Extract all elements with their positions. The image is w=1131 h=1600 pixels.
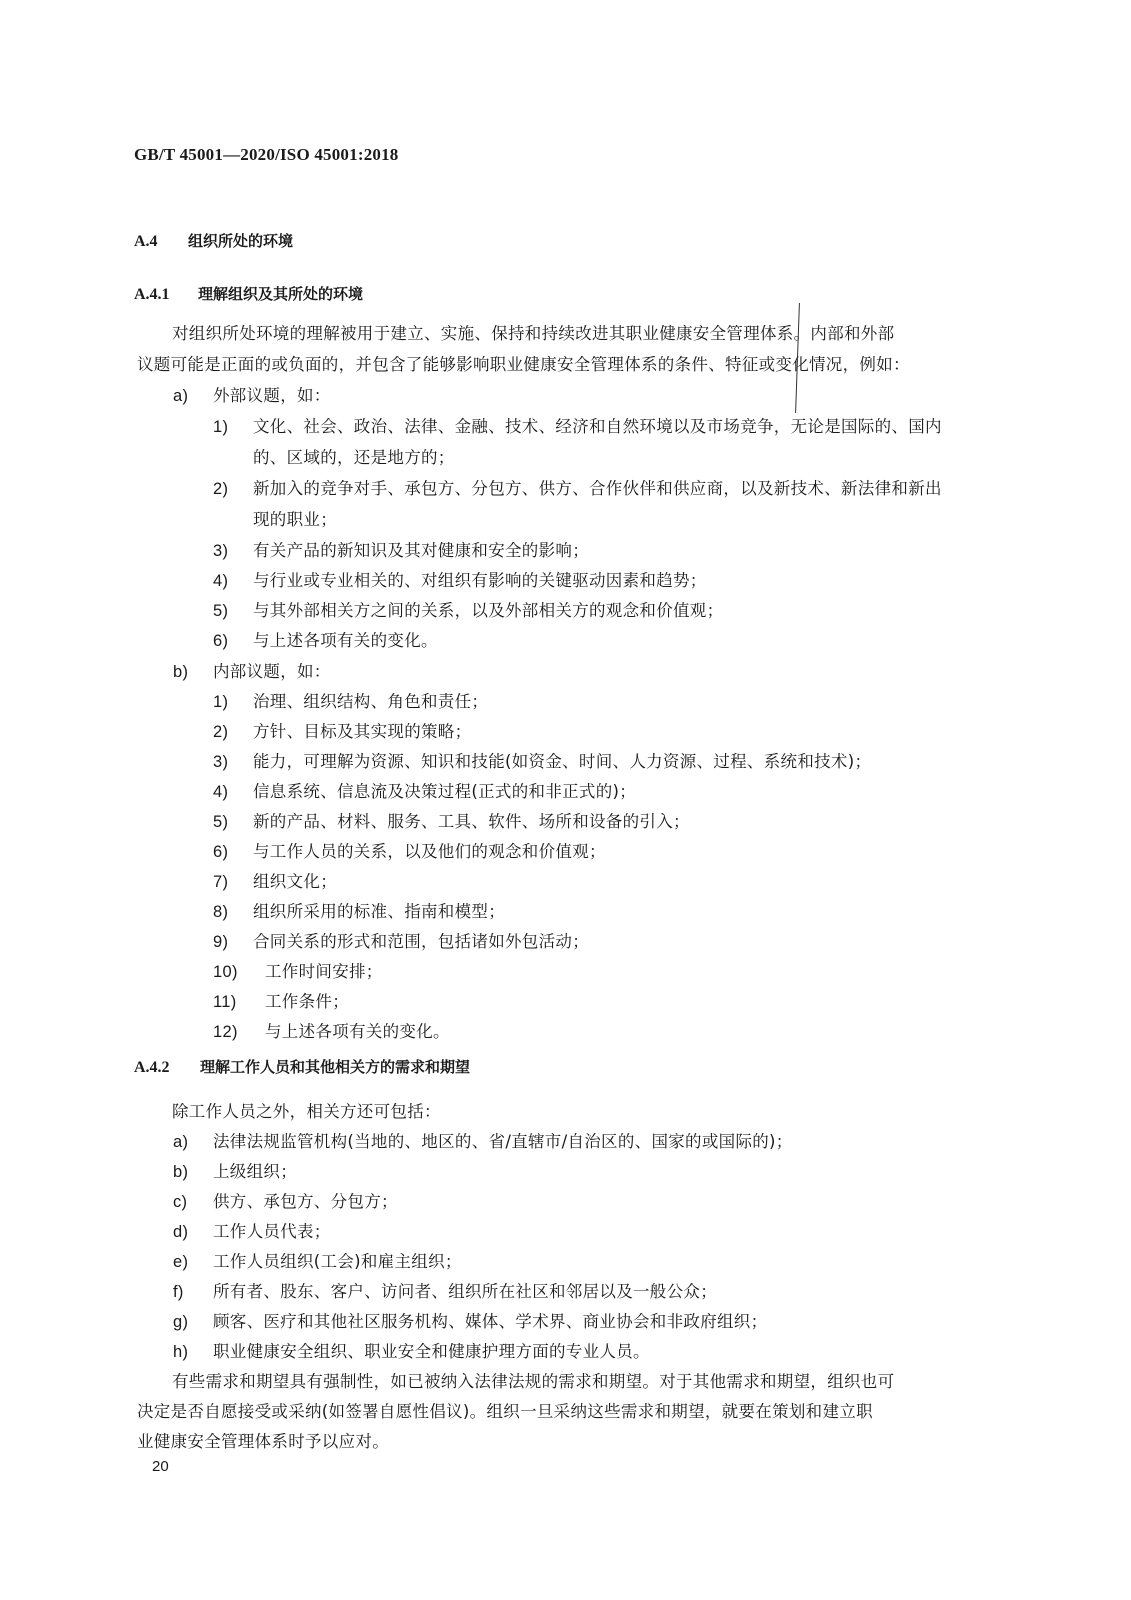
list-item: b)上级组织； xyxy=(173,1158,297,1182)
list-item: 3)有关产品的新知识及其对健康和安全的影响； xyxy=(213,537,589,561)
list-text: 合同关系的形式和范围，包括诸如外包活动； xyxy=(253,932,589,951)
list-marker: 3) xyxy=(213,753,253,772)
section-number: A.4.1 xyxy=(134,286,198,304)
list-item: h)职业健康安全组织、职业安全和健康护理方面的专业人员。 xyxy=(173,1338,650,1362)
list-marker: g) xyxy=(173,1313,213,1332)
list-text: 职业健康安全组织、职业安全和健康护理方面的专业人员。 xyxy=(213,1342,650,1361)
list-marker: 12) xyxy=(213,1023,265,1042)
list-text: 与行业或专业相关的、对组织有影响的关键驱动因素和趋势； xyxy=(253,571,707,590)
list-text: 工作人员代表； xyxy=(213,1222,331,1241)
list-text: 工作人员组织(工会)和雇主组织； xyxy=(213,1252,462,1271)
paragraph-line: 业健康安全管理体系时予以应对。 xyxy=(137,1428,389,1452)
list-item: 2)方针、目标及其实现的策略； xyxy=(213,718,471,742)
list-text: 与上述各项有关的变化。 xyxy=(265,1022,450,1041)
list-marker: 2) xyxy=(213,723,253,742)
list-marker: f) xyxy=(173,1283,213,1302)
paragraph-line: 有些需求和期望具有强制性，如已被纳入法律法规的需求和期望。对于其他需求和期望，组… xyxy=(172,1368,894,1392)
list-text: 有关产品的新知识及其对健康和安全的影响； xyxy=(253,541,589,560)
list-item: 2)新加入的竞争对手、承包方、分包方、供方、合作伙伴和供应商，以及新技术、新法律… xyxy=(213,475,942,499)
section-heading-a41: A.4.1理解组织及其所处的环境 xyxy=(134,283,363,304)
list-text: 顾客、医疗和其他社区服务机构、媒体、学术界、商业协会和非政府组织； xyxy=(213,1312,767,1331)
list-marker: a) xyxy=(173,387,213,406)
list-item-external: a)外部议题，如： xyxy=(173,382,331,406)
list-marker: 1) xyxy=(213,693,253,712)
list-item: 1)文化、社会、政治、法律、金融、技术、经济和自然环境以及市场竞争，无论是国际的… xyxy=(213,413,942,437)
list-text: 供方、承包方、分包方； xyxy=(213,1192,398,1211)
list-marker: b) xyxy=(173,663,213,682)
list-text: 上级组织； xyxy=(213,1162,297,1181)
list-marker: 10) xyxy=(213,963,265,982)
list-label: 外部议题，如： xyxy=(213,386,331,405)
list-marker: a) xyxy=(173,1133,213,1152)
paragraph-line: 除工作人员之外，相关方还可包括： xyxy=(172,1098,441,1122)
list-text: 法律法规监管机构(当地的、地区的、省/直辖市/自治区的、国家的或国际的)； xyxy=(213,1132,793,1151)
list-item: e)工作人员组织(工会)和雇主组织； xyxy=(173,1248,462,1272)
list-item: d)工作人员代表； xyxy=(173,1218,331,1242)
list-item: 4)与行业或专业相关的、对组织有影响的关键驱动因素和趋势； xyxy=(213,567,707,591)
list-item: 8)组织所采用的标准、指南和模型； xyxy=(213,898,505,922)
document-page: GB/T 45001—2020/ISO 45001:2018 A.4组织所处的环… xyxy=(0,0,1131,1600)
list-item: 7)组织文化； xyxy=(213,868,337,892)
section-number: A.4.2 xyxy=(134,1059,200,1077)
section-heading-a4: A.4组织所处的环境 xyxy=(134,230,293,251)
list-marker: 11) xyxy=(213,993,265,1012)
list-text: 与其外部相关方之间的关系，以及外部相关方的观念和价值观； xyxy=(253,601,723,620)
list-text: 与工作人员的关系，以及他们的观念和价值观； xyxy=(253,842,606,861)
list-item: 4)信息系统、信息流及决策过程(正式的和非正式的)； xyxy=(213,778,636,802)
list-item: 10)工作时间安排； xyxy=(213,958,383,982)
list-text: 组织文化； xyxy=(253,872,337,891)
list-text: 文化、社会、政治、法律、金融、技术、经济和自然环境以及市场竞争，无论是国际的、国… xyxy=(253,417,942,436)
paragraph-line: 对组织所处环境的理解被用于建立、实施、保持和持续改进其职业健康安全管理体系。内部… xyxy=(172,320,894,344)
list-marker: b) xyxy=(173,1163,213,1182)
list-item: 5)新的产品、材料、服务、工具、软件、场所和设备的引入； xyxy=(213,808,690,832)
list-item: g)顾客、医疗和其他社区服务机构、媒体、学术界、商业协会和非政府组织； xyxy=(173,1308,767,1332)
list-marker: 4) xyxy=(213,572,253,591)
list-text: 方针、目标及其实现的策略； xyxy=(253,722,471,741)
list-item: 12)与上述各项有关的变化。 xyxy=(213,1018,450,1042)
standard-header: GB/T 45001—2020/ISO 45001:2018 xyxy=(134,145,399,165)
list-marker: 2) xyxy=(213,480,253,499)
paragraph-line: 议题可能是正面的或负面的，并包含了能够影响职业健康安全管理体系的条件、特征或变化… xyxy=(137,351,910,375)
list-text: 能力，可理解为资源、知识和技能(如资金、时间、人力资源、过程、系统和技术)； xyxy=(253,752,871,771)
section-number: A.4 xyxy=(134,233,188,251)
section-heading-a42: A.4.2理解工作人员和其他相关方的需求和期望 xyxy=(134,1056,470,1077)
list-item-continuation: 的、区域的，还是地方的； xyxy=(253,444,455,468)
list-marker: d) xyxy=(173,1223,213,1242)
list-label: 内部议题，如： xyxy=(213,662,331,681)
paragraph-line: 决定是否自愿接受或采纳(如签署自愿性倡议)。组织一旦采纳这些需求和期望，就要在策… xyxy=(137,1398,873,1422)
list-marker: 6) xyxy=(213,632,253,651)
list-text: 组织所采用的标准、指南和模型； xyxy=(253,902,505,921)
list-text: 工作条件； xyxy=(265,992,349,1011)
list-marker: h) xyxy=(173,1343,213,1362)
list-marker: 9) xyxy=(213,933,253,952)
list-item: 6)与上述各项有关的变化。 xyxy=(213,627,438,651)
section-title: 理解组织及其所处的环境 xyxy=(198,285,363,303)
list-item: f)所有者、股东、客户、访问者、组织所在社区和邻居以及一般公众； xyxy=(173,1278,717,1302)
list-item: a)法律法规监管机构(当地的、地区的、省/直辖市/自治区的、国家的或国际的)； xyxy=(173,1128,793,1152)
list-item: 9)合同关系的形式和范围，包括诸如外包活动； xyxy=(213,928,589,952)
list-marker: 7) xyxy=(213,873,253,892)
list-item: 6)与工作人员的关系，以及他们的观念和价值观； xyxy=(213,838,606,862)
list-item: c)供方、承包方、分包方； xyxy=(173,1188,398,1212)
list-text: 所有者、股东、客户、访问者、组织所在社区和邻居以及一般公众； xyxy=(213,1282,717,1301)
list-marker: 6) xyxy=(213,843,253,862)
list-item: 1)治理、组织结构、角色和责任； xyxy=(213,688,488,712)
list-text: 新加入的竞争对手、承包方、分包方、供方、合作伙伴和供应商，以及新技术、新法律和新… xyxy=(253,479,942,498)
list-text: 工作时间安排； xyxy=(265,962,383,981)
section-title: 组织所处的环境 xyxy=(188,232,293,250)
section-title: 理解工作人员和其他相关方的需求和期望 xyxy=(200,1058,470,1076)
list-item: 11)工作条件； xyxy=(213,988,349,1012)
list-marker: e) xyxy=(173,1253,213,1272)
list-item-continuation: 现的职业； xyxy=(253,506,337,530)
list-marker: 3) xyxy=(213,542,253,561)
list-text: 与上述各项有关的变化。 xyxy=(253,631,438,650)
list-text: 新的产品、材料、服务、工具、软件、场所和设备的引入； xyxy=(253,812,690,831)
list-marker: 8) xyxy=(213,903,253,922)
list-item: 3)能力，可理解为资源、知识和技能(如资金、时间、人力资源、过程、系统和技术)； xyxy=(213,748,871,772)
page-number: 20 xyxy=(152,1458,169,1475)
list-text: 治理、组织结构、角色和责任； xyxy=(253,692,488,711)
list-marker: c) xyxy=(173,1193,213,1212)
list-marker: 1) xyxy=(213,418,253,437)
list-item-internal: b)内部议题，如： xyxy=(173,658,331,682)
list-marker: 5) xyxy=(213,813,253,832)
list-marker: 4) xyxy=(213,783,253,802)
list-item: 5)与其外部相关方之间的关系，以及外部相关方的观念和价值观； xyxy=(213,597,723,621)
list-text: 信息系统、信息流及决策过程(正式的和非正式的)； xyxy=(253,782,636,801)
list-marker: 5) xyxy=(213,602,253,621)
